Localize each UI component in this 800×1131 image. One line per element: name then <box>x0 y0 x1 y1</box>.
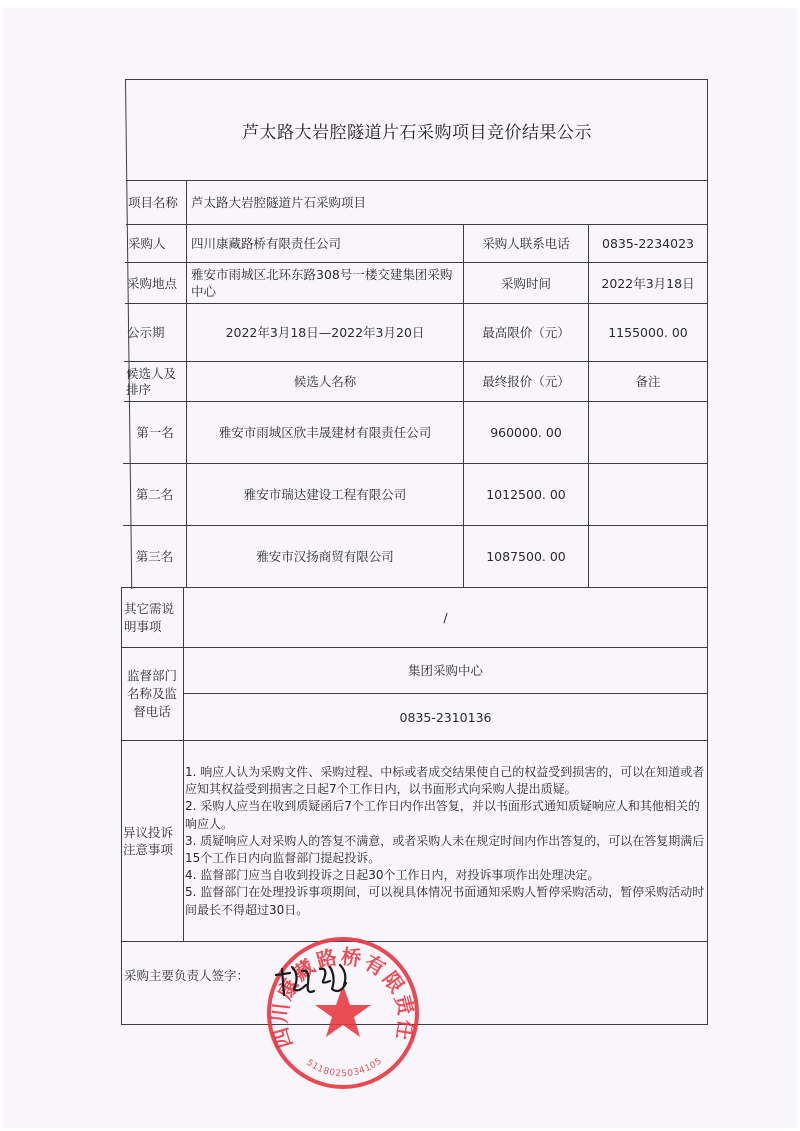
candidate-price: 1087500. 00 <box>464 526 588 587</box>
row-line <box>121 740 708 741</box>
location-label: 采购地点 <box>125 263 186 303</box>
supervision-phone: 0835-2310136 <box>184 694 707 740</box>
project-name-value: 芦太路大岩腔隧道片石采购项目 <box>187 181 707 224</box>
other-matters-label: 其它需说明事项 <box>122 588 178 647</box>
candidate-name: 雅安市汉扬商贸有限公司 <box>187 526 463 587</box>
complaint-item: 4. 监督部门应当自收到投诉之日起30个工作日内，对投诉事项作出处理决定。 <box>185 867 705 884</box>
max-price-value: 1155000. 00 <box>589 304 707 361</box>
publicity-period-label: 公示期 <box>125 304 186 361</box>
candidate-rank: 第三名 <box>123 526 186 587</box>
purchase-time-value: 2022年3月18日 <box>589 263 707 303</box>
svg-text:5118025034105: 5118025034105 <box>304 1056 384 1079</box>
purchase-time-label: 采购时间 <box>464 263 588 303</box>
table-border-right <box>707 79 708 1024</box>
location-value: 雅安市雨城区北环东路308号一楼交建集团采购中心 <box>187 263 457 303</box>
candidate-rank-header: 候选人及排序 <box>124 362 178 401</box>
candidate-price: 960000. 00 <box>464 402 588 463</box>
supervision-label: 监督部门名称及监督电话 <box>125 648 179 740</box>
candidate-remark <box>589 526 707 587</box>
candidate-price: 1012500. 00 <box>464 464 588 525</box>
complaint-item: 2. 采购人应当在收到质疑函后7个工作日内作出答复，并以书面形式通知质疑响应人和… <box>185 798 705 832</box>
handwritten-signature <box>270 955 360 1003</box>
complaint-item: 5. 监督部门在处理投诉事项期间，可以视具体情况书面通知采购人暂停采购活动，暂停… <box>185 884 705 918</box>
publicity-period-value: 2022年3月18日—2022年3月20日 <box>187 304 463 361</box>
purchaser-phone-label: 采购人联系电话 <box>464 225 588 262</box>
purchaser-phone-value: 0835-2234023 <box>589 225 707 262</box>
purchaser-label: 采购人 <box>126 225 186 262</box>
candidate-remark <box>589 464 707 525</box>
project-name-label: 项目名称 <box>126 181 186 224</box>
candidate-name: 雅安市雨城区欣丰晟建材有限责任公司 <box>187 402 463 463</box>
complaints-notes: 1. 响应人认为采购文件、采购过程、中标或者成交结果使自己的权益受到损害的，可以… <box>185 764 705 919</box>
candidate-name-header: 候选人名称 <box>187 362 463 401</box>
complaint-item: 3. 质疑响应人对采购人的答复不满意，或者采购人未在规定时间内作出答复的，可以在… <box>185 833 705 867</box>
candidate-remark-header: 备注 <box>589 362 707 401</box>
document-title: 芦太路大岩腔隧道片石采购项目竞价结果公示 <box>126 80 708 180</box>
supervision-department: 集团采购中心 <box>184 648 707 693</box>
candidate-rank: 第一名 <box>124 402 186 463</box>
other-matters-value: / <box>184 588 707 647</box>
complaints-label: 异议投诉注意事项 <box>121 741 181 941</box>
max-price-label: 最高限价（元） <box>464 304 588 361</box>
complaint-item: 1. 响应人认为采购文件、采购过程、中标或者成交结果使自己的权益受到损害的，可以… <box>185 764 705 798</box>
candidate-rank: 第二名 <box>123 464 186 525</box>
signature-label: 采购主要负责人签字： <box>124 966 249 984</box>
candidate-remark <box>589 402 707 463</box>
purchaser-value: 四川康藏路桥有限责任公司 <box>187 225 463 262</box>
candidate-price-header: 最终报价（元） <box>464 362 588 401</box>
candidate-name: 雅安市瑞达建设工程有限公司 <box>187 464 463 525</box>
